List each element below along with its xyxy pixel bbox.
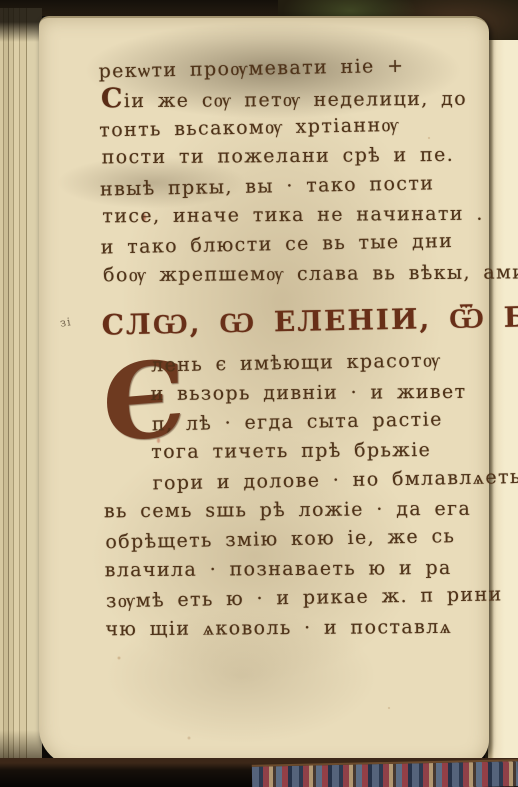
manuscript-line: пости ти пожелани срѣ и пе. (102, 141, 478, 173)
manuscript-line: и вьзорь дивніи · и живет (102, 377, 478, 409)
margin-note: зі (59, 315, 72, 329)
body-paragraph: Є лень є имѣющи красотѹ и вьзорь дивніи … (102, 347, 482, 645)
manuscript-line: и тако блюсти се вь тые дни (100, 227, 476, 263)
facing-page-edge (485, 40, 518, 765)
manuscript-line: боѹ жрепшемѹ слава вь вѣкы, аминь: + (103, 258, 479, 290)
manuscript-text-block: рекѡти проѹмевати ніе + Сіи же сѹ петѹ н… (98, 52, 481, 646)
page-stack-left (0, 8, 42, 770)
manuscript-line: Сіи же сѹ петѹ неделици, до (101, 82, 477, 114)
upper-paragraph: рекѡти проѹмевати ніе + Сіи же сѹ петѹ н… (98, 52, 477, 292)
manuscript-line: нвыѣ пркы, вы · тако пости (100, 168, 476, 204)
manuscript-line: лень є имѣющи красотѹ (103, 346, 479, 382)
manuscript-line: гори и долове · но бмлавлѧеть (104, 463, 480, 499)
manuscript-line: тога тичеть прѣ брьжіе (103, 436, 479, 468)
manuscript-line: обрѣщеть змію кою іе, же сь (105, 522, 481, 558)
manuscript-line: зѹмѣ еть ю · и рикае ж. п рини (106, 581, 482, 617)
manuscript-line: чю щіи ѧковоль · и поставлѧ (105, 612, 481, 644)
decorative-endband (252, 759, 518, 787)
